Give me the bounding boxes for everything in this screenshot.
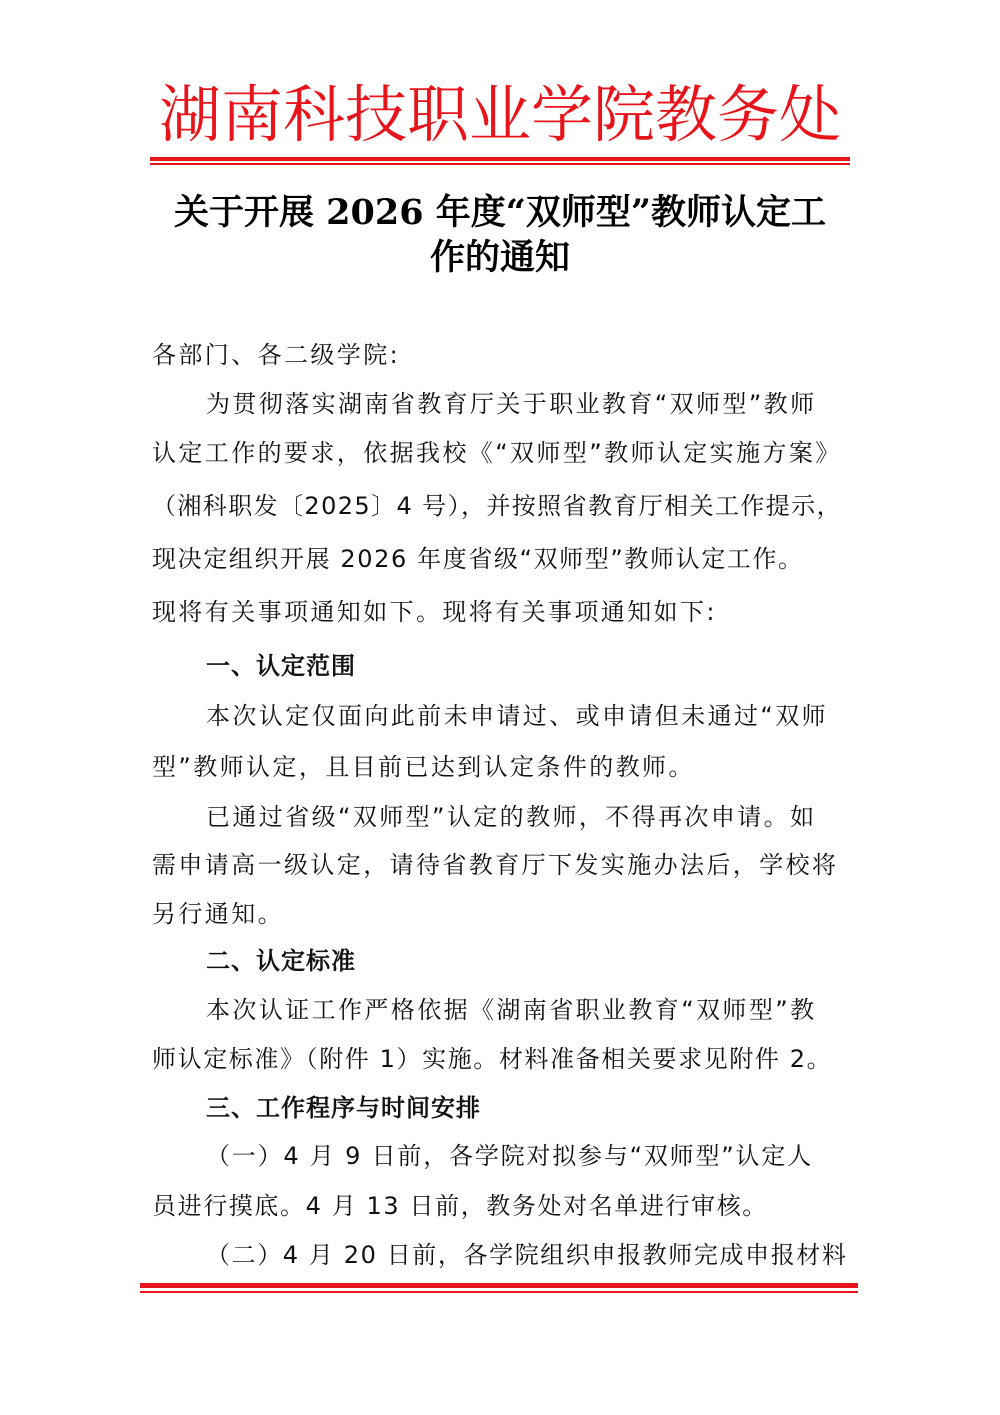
document-title-line1: 关于开展 2026 年度“双师型”教师认定工 <box>150 190 850 235</box>
letterhead-rule-thin <box>150 163 850 165</box>
section-heading-standard: 二、认定标准 <box>206 946 356 976</box>
procedure-item-line: 员进行摸底。4 月 13 日前，教务处对名单进行审核。 <box>152 1191 768 1221</box>
paragraph-line: 需申请高一级认定，请待省教育厅下发实施办法后，学校将 <box>152 850 838 880</box>
document-title-line2: 作的通知 <box>150 235 850 280</box>
paragraph-line: 已通过省级“双师型”认定的教师，不得再次申请。如 <box>206 802 816 832</box>
procedure-item-line: （二）4 月 20 日前，各学院组织申报教师完成申报材料 <box>206 1240 848 1270</box>
letterhead-rule-thick <box>150 157 850 161</box>
intro-line: 认定工作的要求，依据我校《“双师型”教师认定实施方案》 <box>152 438 842 468</box>
footer-rule-thin <box>140 1291 858 1293</box>
salutation: 各部门、各二级学院: <box>152 340 400 370</box>
intro-line: （湘科职发〔2025〕4 号），并按照省教育厅相关工作提示， <box>152 491 842 521</box>
document-page: 湖南科技职业学院教务处 关于开展 2026 年度“双师型”教师认定工 作的通知 … <box>0 0 1000 1415</box>
paragraph-line: 本次认证工作严格依据《湖南省职业教育“双师型”教 <box>206 995 816 1025</box>
intro-line: 为贯彻落实湖南省教育厅关于职业教育“双师型”教师 <box>206 389 816 419</box>
paragraph-line: 型”教师认定，且目前已达到认定条件的教师。 <box>152 752 695 782</box>
paragraph-line: 师认定标准》（附件 1）实施。材料准备相关要求见附件 2。 <box>152 1044 832 1074</box>
intro-line: 现将有关事项通知如下。现将有关事项通知如下: <box>152 597 717 627</box>
letterhead-org-name: 湖南科技职业学院教务处 <box>0 80 1000 150</box>
procedure-item-line: （一）4 月 9 日前，各学院对拟参与“双师型”认定人 <box>206 1141 813 1171</box>
footer-rule-thick <box>140 1283 858 1288</box>
paragraph-line: 另行通知。 <box>152 899 284 929</box>
paragraph-line: 本次认定仅面向此前未申请过、或申请但未通过“双师 <box>206 701 828 731</box>
intro-line: 现决定组织开展 2026 年度省级“双师型”教师认定工作。 <box>152 544 804 574</box>
section-heading-procedure: 三、工作程序与时间安排 <box>206 1093 481 1123</box>
section-heading-scope: 一、认定范围 <box>206 651 356 681</box>
document-title: 关于开展 2026 年度“双师型”教师认定工 作的通知 <box>150 190 850 280</box>
